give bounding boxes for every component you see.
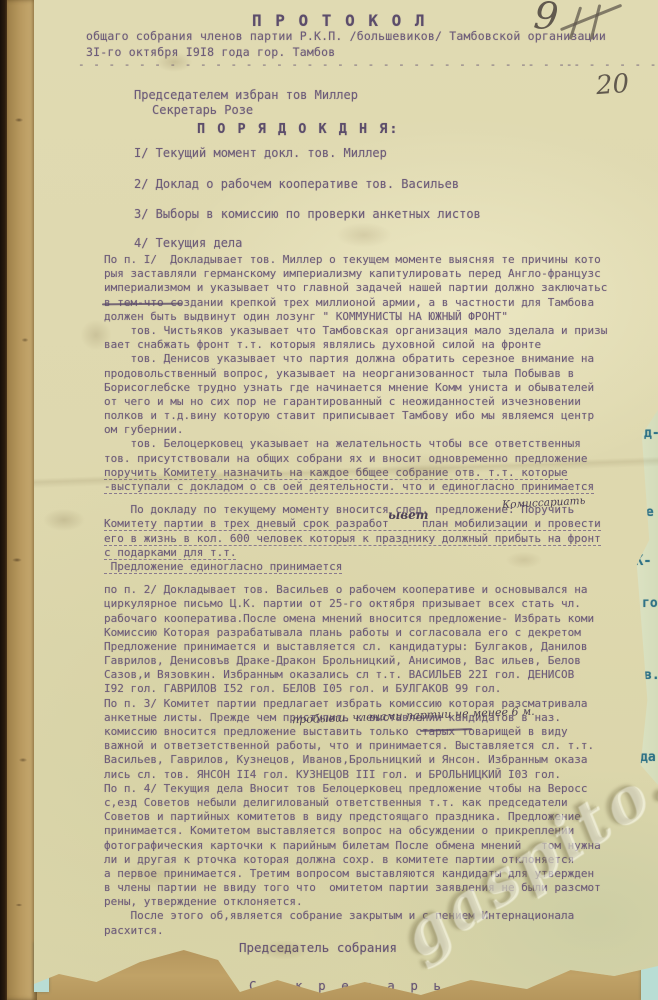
protocol-line: По п. 4/ Текущия дела Вносит тов Белоцер…	[104, 782, 656, 796]
protocol-line: комиссию вносится предложение выставить …	[104, 725, 656, 739]
binding-cardboard-strip	[7, 0, 37, 1000]
protocol-line: важной и ответзетственной работы, что и …	[104, 739, 656, 753]
protocol-line: Советов и партийных комитетов в виду пре…	[104, 810, 656, 824]
protocol-line: циркулярное письмо Ц.К. партии от 25-го …	[104, 597, 656, 611]
protocol-line: тов. Белоцерковец указывает на желательн…	[104, 437, 656, 451]
agenda-title: П О Р Я Д О К Д Н Я:	[197, 121, 400, 137]
protocol-line: тов. Денисов указывает что партия должна…	[104, 352, 656, 366]
protocol-line: рены, утверждение отклоняется.	[104, 895, 656, 909]
protocol-line: По п. 3/ Комитет партии предлагает избра…	[104, 697, 656, 711]
protocol-line: После этого об,является собрание закрыты…	[104, 909, 656, 923]
typed-dashed-divider: - - - - - - - - - - - - - - - - - - - - …	[78, 58, 658, 71]
protocol-line: а первое принимается. Третим вопросом вы…	[104, 867, 656, 881]
protocol-line: тов. присутствовали на общих собрани ях …	[104, 452, 656, 466]
protocol-line: Сазов,и Вязовкин. Избранным оказались сл…	[104, 668, 656, 682]
agenda-item-2: 2/ Доклад о рабочем кооперативе тов. Вас…	[134, 177, 459, 208]
protocol-line: ли и другая к рточка которая должна сохр…	[104, 853, 656, 867]
protocol-line: Борисоглебске трудно узнать где начинает…	[104, 381, 656, 395]
underlying-page-fragment: да	[640, 750, 656, 765]
protocol-line: с,езд Советов небыли делигилованый ответ…	[104, 796, 656, 810]
protocol-line: Васильев, Гаврилов, Кузнецов, Иванов,Бро…	[104, 753, 656, 767]
agenda-item-1: I/ Текущий момент докл. тов. Миллер	[134, 146, 387, 177]
protocol-line: в члены партии не ввиду того что омитето…	[104, 881, 656, 895]
protocol-line: продовольственный вопрос, указывает на н…	[104, 367, 656, 381]
protocol-line: принимается. Комитетом выставляется вопр…	[104, 824, 656, 838]
protocol-line: от чего и мы но сих пор не гарантированн…	[104, 395, 656, 409]
pencil-stroke	[560, 4, 622, 31]
protocol-line: расхится.	[104, 924, 656, 938]
protocol-line: Комиссию Которая разрабатывала плань раб…	[104, 626, 656, 640]
scanned-protocol-document: { "page_marks": { "archive_page_number":…	[0, 0, 658, 1000]
secretary-line: Секретарь Розе	[152, 103, 253, 117]
pencil-corner-number: 9	[532, 0, 561, 39]
protocol-line: с подарками для т.т.	[104, 546, 656, 560]
protocol-line: в тем-что создании крепкой трех миллионо…	[104, 296, 656, 310]
protocol-line: тов. Чистьяков указывает что Тамбовская …	[104, 324, 656, 338]
protocol-line: империализмом и указывает что главной за…	[104, 281, 656, 295]
protocol-line: его в жизнь в кол. 600 человек которыя к…	[104, 532, 656, 546]
protocol-line: поручить Комитету назначить на каждое бб…	[104, 466, 656, 480]
handwritten-insert-word: ывет	[388, 508, 428, 522]
protocol-line: Комитету партии в трех дневый срок разра…	[104, 517, 656, 531]
protocol-line: рыя заставляли германскому империализму …	[104, 267, 656, 281]
protocol-line: вает снабжать фронт т.т. которыя являлис…	[104, 338, 656, 352]
signature-chairman-label: Председатель собрания	[239, 940, 397, 955]
protocol-line: Предложение единогласно принимается	[104, 560, 656, 574]
protocol-line: полков и т.д.вину которую ставит приписы…	[104, 409, 656, 423]
protocol-line: фотографическия карточки к парийным биле…	[104, 839, 656, 853]
pencil-page-number: 20	[595, 69, 630, 101]
protocol-line: лись сл. тов. ЯНСОН II4 гол. КУЗНЕЦОВ II…	[104, 768, 656, 782]
protocol-line: Гаврилов, Денисовъв Драке-Дракон Брольни…	[104, 654, 656, 668]
protocol-line: I92 гол. ГАВРИЛОВ I52 гол. БЕЛОВ I05 гол…	[104, 682, 656, 696]
binding-dark-edge	[0, 0, 7, 1000]
protocol-line: по п. 2/ Докладывает тов. Васильев о раб…	[104, 583, 656, 597]
protocol-line: Предложение принимается и выставляется с…	[104, 640, 656, 654]
protocol-line: По п. I/ Докладывает тов. Миллер о текущ…	[104, 253, 656, 267]
document-subtitle-line1: общаго собрания членов партии Р.К.П. /бо…	[86, 29, 606, 43]
document-title: П Р О Т О К О Л	[252, 11, 427, 30]
protocol-line: ом губернии.	[104, 423, 656, 437]
protocol-body-text: По п. I/ Докладывает тов. Миллер о текущ…	[104, 253, 656, 938]
underlying-page-fragment: го	[642, 596, 658, 611]
chairman-elected-line: Председателем избран тов Миллер	[134, 88, 358, 102]
document-page: П Р О Т О К О Л общаго собрания членов п…	[34, 0, 658, 1000]
document-subtitle-line2: 3I-го октября I9I8 года гор. Тамбов	[86, 45, 335, 59]
agenda-item-3: 3/ Выборы в комиссию по проверки анкетны…	[134, 207, 481, 238]
protocol-line: должен быть выдвинут один лозунг " КОММУ…	[104, 310, 656, 324]
protocol-line: -выступали с докладом о св оей деятельно…	[104, 480, 656, 494]
underlying-page-fragment: в.	[644, 668, 658, 683]
protocol-line: рабочаго кооператива.После омена мнений …	[104, 612, 656, 626]
